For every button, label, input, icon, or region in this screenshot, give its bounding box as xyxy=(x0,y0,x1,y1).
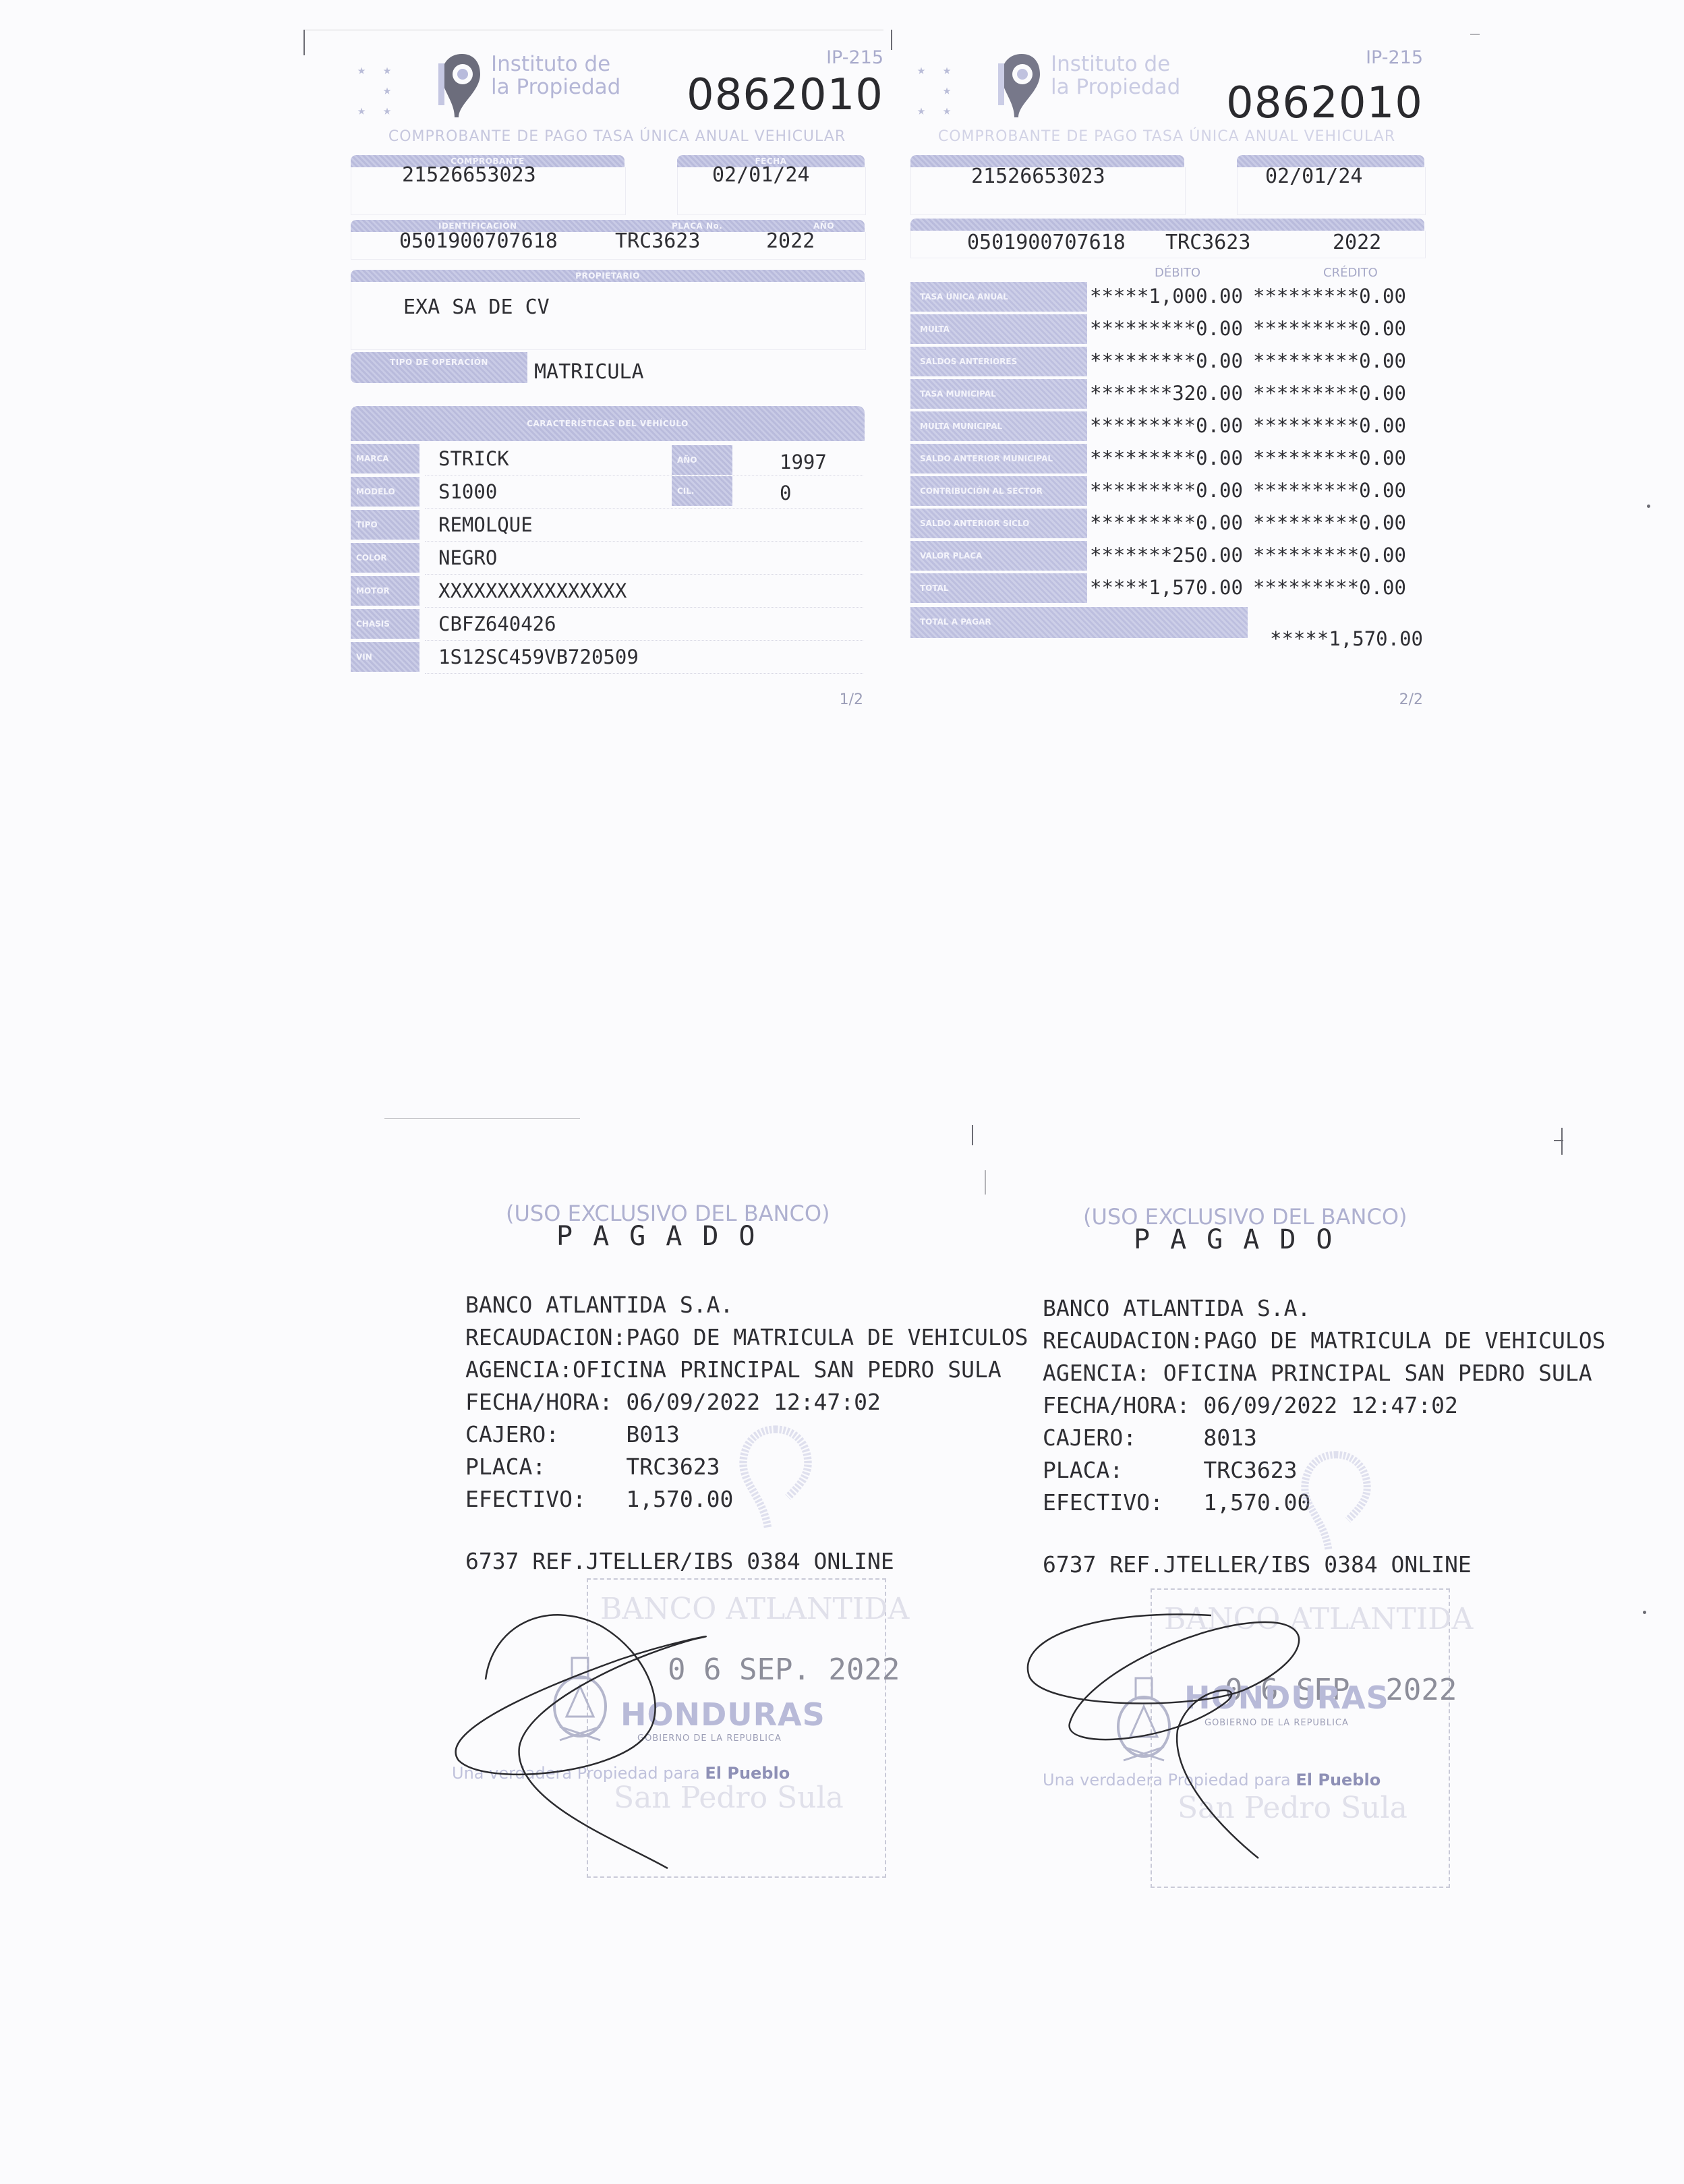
institute-name: Instituto de la Propiedad xyxy=(1051,53,1180,98)
identificacion-value: 0501900707618 xyxy=(399,229,558,253)
slip-line: BANCO ATLANTIDA S.A. xyxy=(465,1292,733,1318)
slip-line: RECAUDACION:PAGO DE MATRICULA DE VEHICUL… xyxy=(1043,1327,1605,1354)
fecha-value: 02/01/24 xyxy=(1265,165,1363,188)
institute-logo: ★★ ★★★ Instituto de la Propiedad xyxy=(910,47,1221,135)
dotted-rule xyxy=(425,673,863,674)
credit-amount: *********0.00 xyxy=(1253,447,1406,469)
total-a-pagar-label: TOTAL A PAGAR xyxy=(910,607,1248,638)
government-label: GOBIERNO DE LA REPUBLICA xyxy=(1204,1718,1349,1728)
institute-name: Instituto de la Propiedad xyxy=(491,53,620,98)
stars-icon: ★★ ★★★ xyxy=(917,59,998,120)
vehicle-value-modelo: S1000 xyxy=(438,480,497,503)
crop-mark xyxy=(1647,505,1650,508)
slip-line: EFECTIVO: 1,570.00 xyxy=(465,1486,733,1512)
dotted-rule xyxy=(425,607,863,608)
dotted-rule xyxy=(425,508,863,509)
identificacion-value: 0501900707618 xyxy=(967,231,1126,254)
debit-amount: *****1,570.00 xyxy=(1090,576,1243,599)
form-code: IP-215 xyxy=(826,47,883,68)
placa-value: TRC3623 xyxy=(615,229,700,253)
amount-row-label: TOTAL xyxy=(910,573,1087,603)
crop-mark xyxy=(384,1118,580,1119)
coat-of-arms-icon xyxy=(546,1646,614,1747)
slogan-text: Una verdadera Propiedad para xyxy=(452,1764,705,1783)
vehicle-label-vin: VIN xyxy=(351,642,419,672)
credit-amount: *********0.00 xyxy=(1253,349,1406,372)
comprobante-value: 21526653023 xyxy=(971,165,1105,188)
vehicle-value-tipo: REMOLQUE xyxy=(438,513,533,536)
map-pin-logo-icon xyxy=(438,51,486,119)
vehicle-value-right: 1997 xyxy=(780,451,827,473)
vehicle-value-color: NEGRO xyxy=(438,546,497,569)
paid-status: PAGADO xyxy=(1134,1224,1353,1255)
crop-mark xyxy=(1561,1128,1563,1155)
vehicle-label-modelo: MODELO xyxy=(351,477,419,507)
bank-payment-slip: (USO EXCLUSIVO DEL BANCO)PAGADOBANCO ATL… xyxy=(465,1201,1018,1929)
slogan-emphasis: El Pueblo xyxy=(1296,1771,1381,1789)
crop-mark xyxy=(303,30,305,55)
dotted-rule xyxy=(425,541,863,542)
credito-header: CRÉDITO xyxy=(1323,266,1378,280)
vehicle-label-marca: MARCA xyxy=(351,444,419,473)
crop-mark xyxy=(985,1170,986,1195)
debit-amount: *********0.00 xyxy=(1090,349,1243,372)
credit-amount: *********0.00 xyxy=(1253,382,1406,405)
stars-icon: ★★ ★★★ xyxy=(357,59,438,120)
dotted-rule xyxy=(425,640,863,641)
vehicle-value-motor: XXXXXXXXXXXXXXXX xyxy=(438,579,627,602)
anio-value: 2022 xyxy=(1333,231,1381,254)
amount-row-label: SALDO ANTERIOR SICLO xyxy=(910,509,1087,538)
slip-line: PLACA: TRC3623 xyxy=(1043,1457,1298,1483)
vehicle-label-color: COLOR xyxy=(351,543,419,573)
page-number: 1/2 xyxy=(840,691,863,708)
propietario-value: EXA SA DE CV xyxy=(403,295,550,319)
debit-amount: *******250.00 xyxy=(1090,544,1243,567)
bank-payment-slip: (USO EXCLUSIVO DEL BANCO)PAGADOBANCO ATL… xyxy=(1043,1204,1596,1932)
vehicle-value-marca: STRICK xyxy=(438,447,509,470)
vehicle-value-right: 0 xyxy=(780,482,791,505)
slogan-emphasis: El Pueblo xyxy=(705,1764,790,1783)
page-number: 2/2 xyxy=(1399,691,1423,708)
document-title: COMPROBANTE DE PAGO TASA ÚNICA ANUAL VEH… xyxy=(351,128,883,145)
slip-line: PLACA: TRC3623 xyxy=(465,1454,720,1480)
propietario-label: PROPIETARIO xyxy=(351,270,865,282)
slip-line: CAJERO: B013 xyxy=(465,1421,680,1447)
amount-row-label: VALOR PLACA xyxy=(910,541,1087,571)
tipo-operacion-value: MATRICULA xyxy=(534,360,644,384)
crop-mark xyxy=(972,1125,973,1145)
debit-amount: *****1,000.00 xyxy=(1090,285,1243,308)
debit-amount: *******320.00 xyxy=(1090,382,1243,405)
comprobante-value: 21526653023 xyxy=(402,163,536,187)
serial-number: 0862010 xyxy=(1226,78,1423,128)
vehicle-label-chasis: CHASIS xyxy=(351,609,419,639)
debit-amount: *********0.00 xyxy=(1090,511,1243,534)
stamp-city: San Pedro Sula xyxy=(1178,1791,1407,1825)
honduras-logo-text: HONDURAS xyxy=(1184,1679,1389,1716)
slip-line: FECHA/HORA: 06/09/2022 12:47:02 xyxy=(465,1389,881,1415)
credit-amount: *********0.00 xyxy=(1253,317,1406,340)
vehicle-label-right: CIL. xyxy=(672,476,732,506)
paid-status: PAGADO xyxy=(556,1221,776,1252)
institute-logo: ★★ ★★★ Instituto de la Propiedad xyxy=(351,47,661,135)
debit-amount: *********0.00 xyxy=(1090,479,1243,502)
stamp-city: San Pedro Sula xyxy=(614,1781,844,1815)
credit-amount: *********0.00 xyxy=(1253,414,1406,437)
dotted-rule xyxy=(425,475,863,476)
stamp-date: 0 6 SEP. 2022 xyxy=(668,1653,900,1687)
crop-mark xyxy=(1643,1611,1646,1614)
debit-amount: *********0.00 xyxy=(1090,317,1243,340)
vehicle-value-chasis: CBFZ640426 xyxy=(438,612,556,635)
slip-line: AGENCIA: OFICINA PRINCIPAL SAN PEDRO SUL… xyxy=(1043,1360,1592,1386)
receipt-payment-breakdown: ★★ ★★★ Instituto de la Propiedad IP-215 … xyxy=(910,27,1443,715)
coat-of-arms-icon xyxy=(1110,1666,1178,1767)
stamp-bank-name: BANCO ATLANTIDA xyxy=(600,1592,909,1626)
amount-row-label: MULTA MUNICIPAL xyxy=(910,411,1087,441)
amount-row-label: MULTA xyxy=(910,314,1087,344)
amount-row-label: TASA ÚNICA ANUAL xyxy=(910,282,1087,312)
slip-line: BANCO ATLANTIDA S.A. xyxy=(1043,1295,1310,1321)
vehicle-label-right: AÑO xyxy=(672,445,732,475)
vehicle-value-vin: 1S12SC459VB720509 xyxy=(438,645,639,668)
anio-label: AÑO xyxy=(813,220,834,232)
slogan: Una verdadera Propiedad para El Pueblo xyxy=(452,1764,790,1783)
debit-amount: *********0.00 xyxy=(1090,447,1243,469)
serial-number: 0862010 xyxy=(687,70,883,120)
credit-amount: *********0.00 xyxy=(1253,576,1406,599)
credit-amount: *********0.00 xyxy=(1253,285,1406,308)
document-title: COMPROBANTE DE PAGO TASA ÚNICA ANUAL VEH… xyxy=(910,128,1423,145)
amount-row-label: SALDO ANTERIOR MUNICIPAL xyxy=(910,444,1087,473)
crop-mark xyxy=(1554,1140,1563,1141)
government-label: GOBIERNO DE LA REPUBLICA xyxy=(637,1733,782,1744)
slip-line: FECHA/HORA: 06/09/2022 12:47:02 xyxy=(1043,1392,1458,1418)
map-pin-logo-icon xyxy=(998,51,1045,119)
credit-amount: *********0.00 xyxy=(1253,479,1406,502)
crop-mark xyxy=(891,30,892,50)
amount-row-label: CONTRIBUCIÓN AL SECTOR xyxy=(910,476,1087,506)
amount-row-label: SALDOS ANTERIORES xyxy=(910,347,1087,376)
amount-row-label: TASA MUNICIPAL xyxy=(910,379,1087,409)
caracteristicas-label: CARACTERÍSTICAS DEL VEHÍCULO xyxy=(351,406,865,441)
debit-amount: *********0.00 xyxy=(1090,414,1243,437)
crop-mark xyxy=(1470,34,1480,35)
slogan: Una verdadera Propiedad para El Pueblo xyxy=(1043,1771,1381,1789)
vehicle-label-motor: MOTOR xyxy=(351,576,419,606)
slip-line: EFECTIVO: 1,570.00 xyxy=(1043,1489,1310,1516)
credit-amount: *********0.00 xyxy=(1253,511,1406,534)
credit-amount: *********0.00 xyxy=(1253,544,1406,567)
vehicle-label-tipo: TIPO xyxy=(351,510,419,540)
total-a-pagar-value: *****1,570.00 xyxy=(1270,627,1423,650)
receipt-vehicle-details: ★★ ★★★ Instituto de la Propiedad IP-215 … xyxy=(351,27,883,715)
slip-line: RECAUDACION:PAGO DE MATRICULA DE VEHICUL… xyxy=(465,1324,1028,1350)
anio-value: 2022 xyxy=(766,229,815,253)
slip-reference: 6737 REF.JTELLER/IBS 0384 ONLINE xyxy=(1043,1551,1472,1578)
slip-line: AGENCIA:OFICINA PRINCIPAL SAN PEDRO SULA xyxy=(465,1356,1001,1383)
dotted-rule xyxy=(425,574,863,575)
form-code: IP-215 xyxy=(1366,47,1423,68)
id-plate-year-band xyxy=(910,219,1424,231)
debito-header: DÉBITO xyxy=(1155,266,1200,280)
tipo-operacion-label: TIPO DE OPERACIÓN xyxy=(351,352,527,383)
placa-value: TRC3623 xyxy=(1165,231,1250,254)
slip-reference: 6737 REF.JTELLER/IBS 0384 ONLINE xyxy=(465,1548,894,1574)
stamp-bank-name: BANCO ATLANTIDA xyxy=(1164,1602,1473,1636)
watermark-pin-icon xyxy=(735,1423,816,1531)
slip-line: CAJERO: 8013 xyxy=(1043,1425,1257,1451)
honduras-logo-text: HONDURAS xyxy=(620,1696,825,1733)
slogan-text: Una verdadera Propiedad para xyxy=(1043,1771,1296,1789)
fecha-value: 02/01/24 xyxy=(712,163,810,187)
